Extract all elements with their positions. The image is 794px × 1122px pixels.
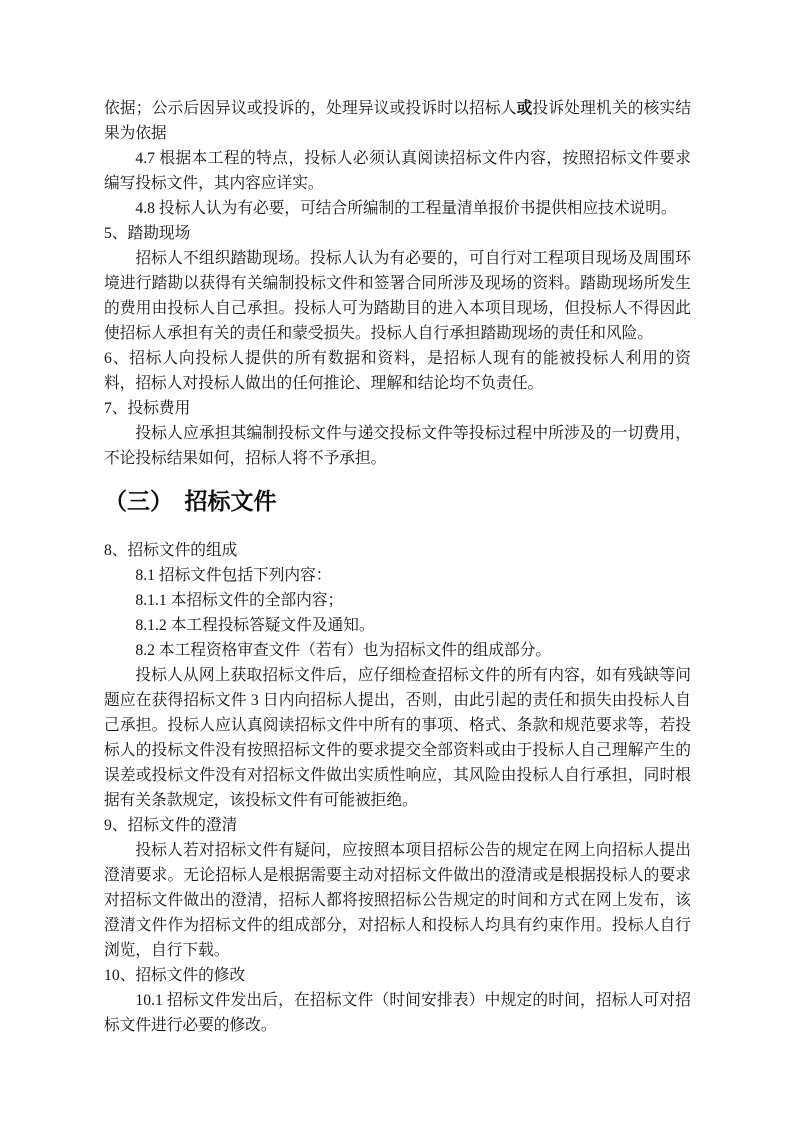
body-paragraph: 8.1.2 本工程投标答疑文件及通知。: [104, 613, 691, 638]
bold-text: 或: [517, 100, 533, 117]
clause-item: 8、招标文件的组成: [104, 538, 691, 563]
clause-item: 5、踏勘现场: [104, 221, 691, 246]
body-paragraph: 4.8 投标人认为有必要，可结合所编制的工程量清单报价书提供相应技术说明。: [104, 196, 691, 221]
body-paragraph: 8.2 本工程资格审查文件（若有）也为招标文件的组成部分。: [104, 638, 691, 663]
body-paragraph: 4.7 根据本工程的特点，投标人必须认真阅读招标文件内容，按照招标文件要求编写投…: [104, 146, 691, 196]
body-paragraph: 投标人从网上获取招标文件后，应仔细检查招标文件的所有内容，如有残缺等问题应在获得…: [104, 663, 691, 813]
body-paragraph: 8.1.1 本招标文件的全部内容；: [104, 588, 691, 613]
section-heading: （三） 招标文件: [104, 485, 691, 517]
clause-item: 9、招标文件的澄清: [104, 813, 691, 838]
document-page: 依据；公示后因异议或投诉的，处理异议或投诉时以招标人或投诉处理机关的核实结果为依…: [0, 0, 794, 1122]
body-paragraph: 依据；公示后因异议或投诉的，处理异议或投诉时以招标人或投诉处理机关的核实结果为依…: [104, 96, 691, 146]
text-run: 依据；公示后因异议或投诉的，处理异议或投诉时以招标人: [104, 100, 517, 117]
clause-item: 10、招标文件的修改: [104, 963, 691, 988]
body-paragraph: 招标人不组织踏勘现场。投标人认为有必要的，可自行对工程项目现场及周围环境进行踏勘…: [104, 246, 691, 346]
body-paragraph: 10.1 招标文件发出后，在招标文件（时间安排表）中规定的时间，招标人可对招标文…: [104, 988, 691, 1038]
body-paragraph: 投标人应承担其编制投标文件与递交投标文件等投标过程中所涉及的一切费用，不论投标结…: [104, 421, 691, 471]
body-paragraph: 投标人若对招标文件有疑问，应按照本项目招标公告的规定在网上向招标人提出澄清要求。…: [104, 838, 691, 963]
clause-item: 6、招标人向投标人提供的所有数据和资料，是招标人现有的能被投标人利用的资料，招标…: [104, 346, 691, 396]
body-paragraph: 8.1 招标文件包括下列内容：: [104, 563, 691, 588]
document-content: 依据；公示后因异议或投诉的，处理异议或投诉时以招标人或投诉处理机关的核实结果为依…: [104, 96, 691, 1038]
clause-item: 7、投标费用: [104, 396, 691, 421]
